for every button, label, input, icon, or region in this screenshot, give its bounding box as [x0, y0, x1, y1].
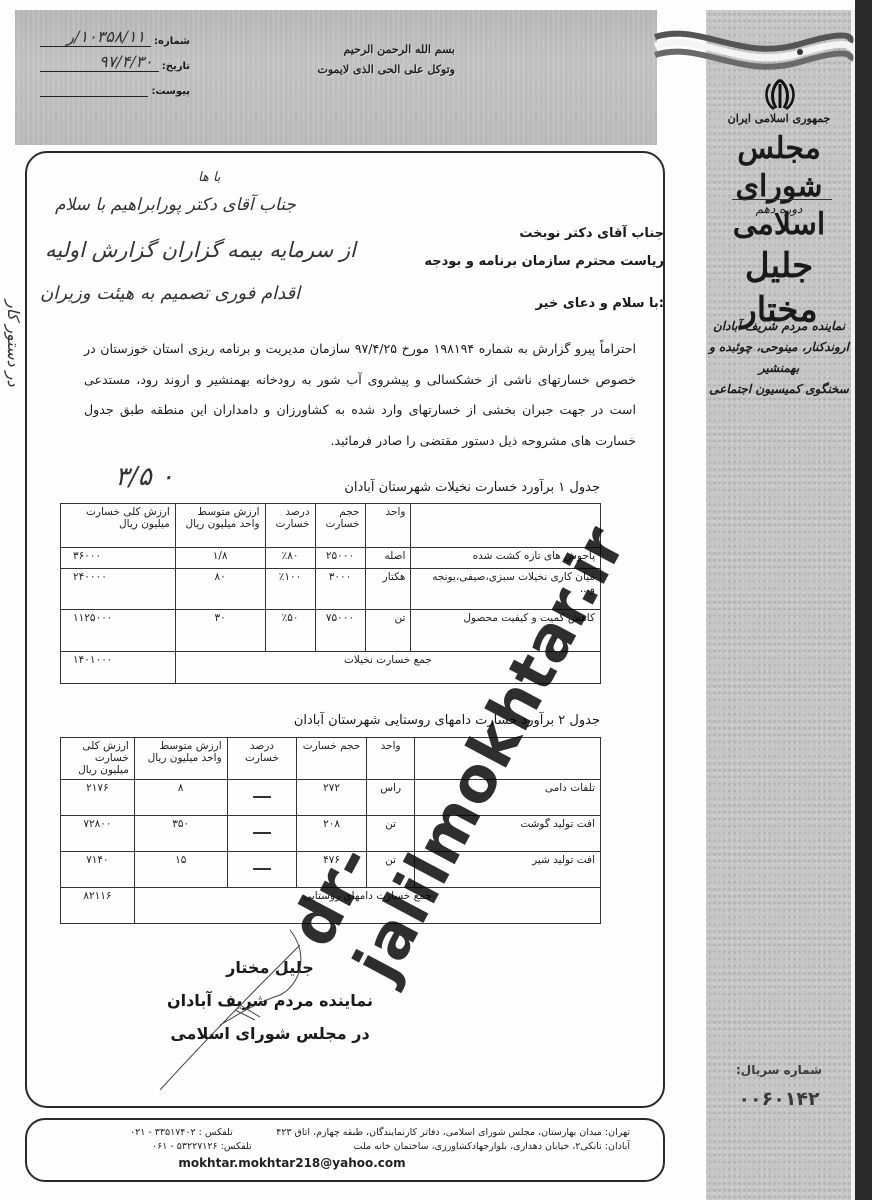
table-row: تلفات دامی راس ۲۷۲ ۸ ۲۱۷۶: [61, 780, 601, 816]
table2-row2-unit-value: ۳۵۰: [134, 816, 227, 852]
bismillah-line-2: وتوکل علی الحی الذی لایموت: [300, 60, 455, 80]
ref-date-label: تاریخ:: [162, 61, 190, 72]
table2-header-unit-value: ارزش متوسط واحد میلیون ریال: [134, 738, 227, 780]
ref-number-value: ۱۰۳۵۸/۱۱/ر: [66, 27, 145, 46]
table-row: میان کاری نخیلات سبزی،صیفی،یونجه و... هک…: [61, 569, 601, 610]
table2-header-unit: واحد: [366, 738, 415, 780]
table2-row2-volume: ۲۰۸: [297, 816, 367, 852]
table2-header-total: ارزش کلی خسارت میلیون ریال: [61, 738, 135, 780]
table-row: افت تولید گوشت تن ۲۰۸ ۳۵۰ ۷۲۸۰۰: [61, 816, 601, 852]
ref-date-value: ۹۷/۴/۳۰: [99, 52, 153, 71]
table2-row1-item: تلفات دامی: [415, 780, 601, 816]
table2-sum-label: جمع خسارت دامهای روستایی: [134, 888, 600, 924]
table1-row3-unit: تن: [365, 610, 411, 652]
ref-attachment-label: پیوست:: [151, 86, 190, 97]
bismillah-line-1: بسم الله الرحمن الرحیم: [300, 40, 455, 60]
table1-header-volume: حجم خسارت: [315, 504, 365, 548]
table2-title: جدول ۲ برآورد خسارت دامهای روستایی شهرست…: [294, 713, 600, 728]
table1-header-unit: واحد: [365, 504, 411, 548]
table2-row3-unit: تن: [366, 852, 415, 888]
dash-icon: [253, 868, 271, 870]
dash-icon: [253, 796, 271, 798]
sidebar-rep-line-3: سخنگوی کمیسیون اجتماعی: [706, 379, 852, 400]
table1-row1-volume: ۲۵۰۰۰: [315, 548, 365, 569]
table1-header-total: ارزش کلی خسارت میلیون ریال: [61, 504, 176, 548]
table2-livestock-losses: واحد حجم خسارت درصد خسارت ارزش متوسط واح…: [60, 737, 601, 924]
sidebar-divider: [732, 199, 832, 200]
addressee-title: ریاست محترم سازمان برنامه و بودجه: [424, 254, 664, 269]
sidebar-majlis-title: مجلس شورای اسلامی: [706, 130, 852, 244]
table1-palm-losses: واحد حجم خسارت درصد خسارت ارزش متوسط واح…: [60, 503, 601, 684]
table1-row2-item: میان کاری نخیلات سبزی،صیفی،یونجه و...: [411, 569, 601, 610]
table2-row1-unit-value: ۸: [134, 780, 227, 816]
table1-row2-unit: هکتار: [365, 569, 411, 610]
sidebar-rep-lines: نماینده مردم شریف آبادان اروندکنار، مینو…: [706, 316, 852, 400]
handwritten-initials: ۰ ۳/۵: [115, 462, 174, 492]
table-row: کاهش کمیت و کیفیت محصول تن ۷۵۰۰۰ ٪۵۰ ۳۰ …: [61, 610, 601, 652]
table1-row1-unit: اصله: [365, 548, 411, 569]
table1-row1-item: پاجوش های تازه کشت شده: [411, 548, 601, 569]
table1-row1-total: ۳۶۰۰۰: [61, 548, 176, 569]
ref-number-row: شماره: ۱۰۳۵۸/۱۱/ر: [40, 22, 190, 47]
table2-header-row: واحد حجم خسارت درصد خسارت ارزش متوسط واح…: [61, 738, 601, 780]
flag-ribbon-icon: [650, 22, 855, 82]
table2-header-volume: حجم خسارت: [297, 738, 367, 780]
table1-row3-total: ۱۱۲۵۰۰۰: [61, 610, 176, 652]
footer-abadan-phone: تلفکس: ۵۳۲۲۷۱۲۶ - ۰۶۱: [152, 1141, 252, 1152]
table1-row2-volume: ۳۰۰۰: [315, 569, 365, 610]
handwritten-note-2: از سرمایه بیمه گزاران گزارش اولیه: [45, 238, 356, 262]
table2-row3-item: افت تولید شیر: [415, 852, 601, 888]
table2-header-percent: درصد خسارت: [227, 738, 297, 780]
table-row: پاجوش های تازه کشت شده اصله ۲۵۰۰۰ ٪۸۰ ۱/…: [61, 548, 601, 569]
footer-abadan-address: آبادان: تانکی۲، خیابان دهداری، بلوارجهاد…: [354, 1141, 630, 1152]
page-edge-strip: [855, 0, 872, 1200]
table-row: افت تولید شیر تن ۴۷۶ ۱۵ ۷۱۴۰: [61, 852, 601, 888]
table2-row3-percent: [227, 852, 297, 888]
table1-row1-unit-value: ۱/۸: [175, 548, 265, 569]
table1-sum-row: جمع خسارت نخیلات ۱۴۰۱۰۰۰: [61, 652, 601, 684]
table2-row3-total: ۷۱۴۰: [61, 852, 135, 888]
table1-sum-value: ۱۴۰۱۰۰۰: [61, 652, 176, 684]
footer-email: mokhtar.mokhtar218@yahoo.com: [157, 1156, 427, 1170]
dash-icon: [253, 832, 271, 834]
table2-row3-unit-value: ۱۵: [134, 852, 227, 888]
table2-sum-row: جمع خسارت دامهای روستایی ۸۲۱۱۶: [61, 888, 601, 924]
table2-row2-percent: [227, 816, 297, 852]
table2-sum-value: ۸۲۱۱۶: [61, 888, 135, 924]
letter-body: احتراماً پیرو گزارش به شماره ۱۹۸۱۹۴ مورخ…: [84, 334, 636, 456]
signature-scribble-icon: [140, 925, 340, 1095]
table1-header-percent: درصد خسارت: [265, 504, 315, 548]
table2-header-item: [415, 738, 601, 780]
table1-row3-percent: ٪۵۰: [265, 610, 315, 652]
table1-row2-total: ۲۴۰۰۰۰: [61, 569, 176, 610]
table2-row1-total: ۲۱۷۶: [61, 780, 135, 816]
table1-title: جدول ۱ برآورد خسارت نخیلات شهرستان آبادا…: [344, 480, 600, 495]
table1-header-unit-value: ارزش متوسط واحد میلیون ریال: [175, 504, 265, 548]
table1-header-item: [411, 504, 601, 548]
ref-number-label: شماره:: [154, 36, 190, 47]
ref-date-row: تاریخ: ۹۷/۴/۳۰: [40, 47, 190, 72]
footer-tehran-address: تهران: میدان بهارستان، مجلس شورای اسلامی…: [276, 1127, 630, 1138]
addressee-name: جناب آقای دکتر نوبخت: [519, 226, 664, 241]
table2-row2-unit: تن: [366, 816, 415, 852]
sidebar-rep-line-2: اروندکنار، مینوحی، چوئبده و بهمنشیر: [706, 337, 852, 379]
table2-row2-total: ۷۲۸۰۰: [61, 816, 135, 852]
table2-row2-item: افت تولید گوشت: [415, 816, 601, 852]
table1-row3-volume: ۷۵۰۰۰: [315, 610, 365, 652]
bismillah: بسم الله الرحمن الرحیم وتوکل علی الحی ال…: [300, 40, 455, 80]
table1-row3-unit-value: ۳۰: [175, 610, 265, 652]
sidebar-rep-line-1: نماینده مردم شریف آبادان: [706, 316, 852, 337]
handwritten-note-3: اقدام فوری تصمیم به هیئت وزیران: [40, 283, 300, 304]
table1-row2-percent: ٪۱۰۰: [265, 569, 315, 610]
table1-row3-item: کاهش کمیت و کیفیت محصول: [411, 610, 601, 652]
sidebar-country: جمهوری اسلامی ایران: [706, 112, 852, 125]
table1-sum-label: جمع خسارت نخیلات: [175, 652, 600, 684]
ref-attachment-row: پیوست:: [40, 72, 190, 97]
iran-emblem-icon: [762, 76, 798, 112]
serial-number: ۰۰۶۰۱۴۲: [706, 1088, 852, 1110]
footer-tehran-phone: تلفکس : ۳۳۵۱۷۴۰۲ - ۰۲۱: [130, 1127, 233, 1138]
serial-label: شماره سریال:: [706, 1063, 852, 1077]
table2-row3-volume: ۴۷۶: [297, 852, 367, 888]
sidebar-term: دوره دهم: [706, 202, 852, 216]
table2-row1-unit: راس: [366, 780, 415, 816]
greeting: با سلام و دعای خیر:: [536, 296, 664, 311]
handwritten-side-note: در دستور کار: [4, 300, 23, 387]
table1-row2-unit-value: ۸۰: [175, 569, 265, 610]
handwritten-note-0: با ها: [198, 170, 221, 185]
reference-fields: شماره: ۱۰۳۵۸/۱۱/ر تاریخ: ۹۷/۴/۳۰ پیوست:: [40, 22, 190, 97]
table1-row1-percent: ٪۸۰: [265, 548, 315, 569]
handwritten-note-1: جناب آقای دکتر پورابراهیم با سلام: [55, 195, 296, 215]
table1-header-row: واحد حجم خسارت درصد خسارت ارزش متوسط واح…: [61, 504, 601, 548]
table2-row1-percent: [227, 780, 297, 816]
table2-row1-volume: ۲۷۲: [297, 780, 367, 816]
